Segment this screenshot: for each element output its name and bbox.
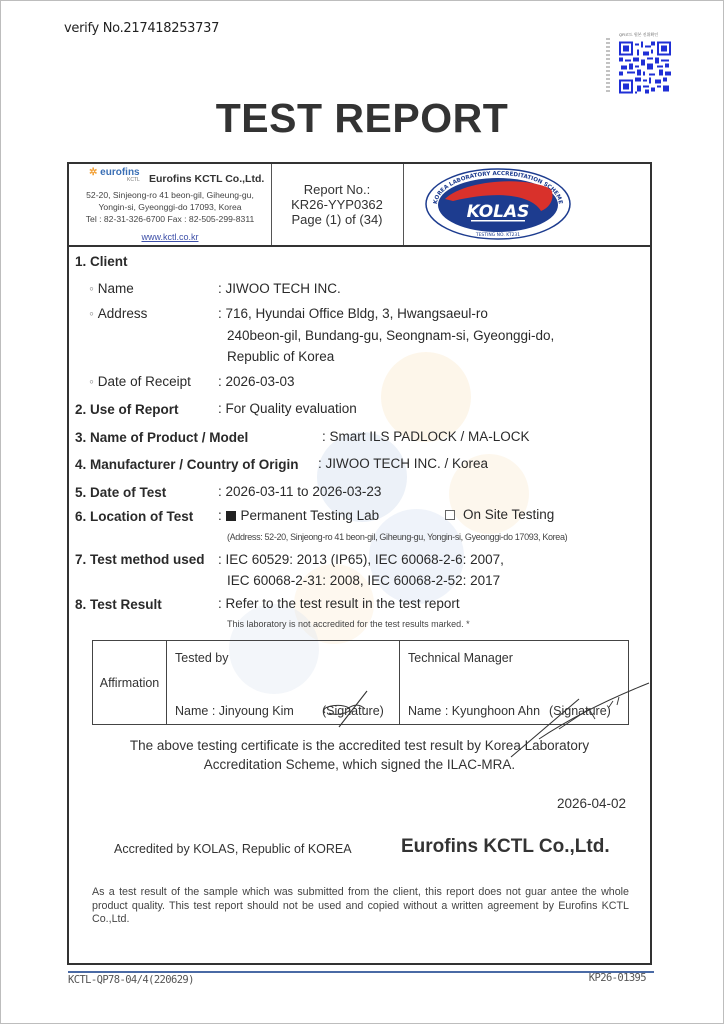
footer-rule (68, 971, 654, 973)
accreditation-statement: The above testing certificate is the acc… (69, 736, 650, 774)
eurofins-logo-icon: ✲ (89, 167, 97, 178)
method-line1: : IEC 60529: 2013 (IP65), IEC 60068-2-6:… (218, 552, 504, 567)
result-note: This laboratory is not accredited for th… (227, 619, 470, 629)
section-result-heading: 8. Test Result (75, 597, 162, 612)
section-method-heading: 7. Test method used (75, 552, 205, 567)
document-title: TEST REPORT (0, 95, 724, 142)
date-of-test-value: : 2026-03-11 to 2026-03-23 (218, 484, 381, 499)
accredited-by: Accredited by KOLAS, Republic of KOREA (114, 842, 352, 856)
report-number-label: Report No.: (271, 182, 403, 197)
client-address-line1: : 716, Hyundai Office Bldg, 3, Hwangsaeu… (218, 306, 488, 321)
receipt-date-value: : 2026-03-03 (218, 374, 295, 389)
location-address-note: (Address: 52-20, Sinjeong-ro 41 beon-gil… (227, 532, 567, 542)
qr-side-text (606, 38, 610, 94)
lab-contact: Tel : 82-31-326-6700 Fax : 82-505-299-83… (69, 213, 271, 225)
lab-address: 52-20, Sinjeong-ro 41 beon-gil, Giheung-… (69, 189, 271, 225)
tested-by-cell: Tested by Name : Jinyoung Kim (Signature… (167, 641, 400, 724)
client-name-label: ◦Name (89, 281, 134, 296)
lab-address-line2: Yongin-si, Gyeonggi-do 17093, Korea (69, 201, 271, 213)
verify-number: verify No.217418253737 (64, 21, 219, 36)
client-address-label: ◦Address (89, 306, 147, 321)
section-date-of-test-heading: 5. Date of Test (75, 485, 166, 500)
serial-number: KP26-01395 (589, 972, 646, 984)
location-colon: : (218, 508, 222, 523)
qr-caption: QR코드 원본 진위확인 (619, 32, 658, 38)
section-manufacturer-heading: 4. Manufacturer / Country of Origin (75, 457, 299, 472)
svg-text:KOLAS: KOLAS (467, 202, 530, 222)
client-address-line3: Republic of Korea (227, 349, 334, 364)
report-number: KR26-YYP0362 (271, 197, 403, 212)
use-of-report-value: : For Quality evaluation (218, 401, 357, 416)
checkbox-permanent-lab[interactable] (226, 511, 236, 521)
statement-line1: The above testing certificate is the acc… (69, 736, 650, 755)
receipt-date-label: ◦Date of Receipt (89, 374, 191, 389)
section-product-heading: 3. Name of Product / Model (75, 430, 248, 445)
kolas-logo-icon: KOREA LABORATORY ACCREDITATION SCHEME KO… (423, 167, 573, 241)
svg-text:TESTING NO. KT231: TESTING NO. KT231 (475, 232, 520, 238)
client-address-line2: 240beon-gil, Bundang-gu, Seongnam-si, Gy… (227, 328, 554, 343)
issue-date: 2026-04-02 (557, 796, 626, 811)
report-frame: ✲ eurofins KCTL Eurofins KCTL Co.,Ltd. 5… (67, 162, 652, 965)
section-use-heading: 2. Use of Report (75, 402, 179, 417)
checkbox-onsite-testing[interactable] (445, 510, 455, 520)
company-signature: Eurofins KCTL Co.,Ltd. (401, 836, 610, 858)
page-indicator: Page (1) of (34) (271, 212, 403, 227)
result-value: : Refer to the test result in the test r… (218, 596, 460, 611)
location-options: : Permanent Testing Lab (218, 508, 379, 523)
tested-by-title: Tested by (175, 651, 229, 665)
report-number-block: Report No.: KR26-YYP0362 Page (1) of (34… (271, 164, 404, 245)
tester-signature-icon (317, 683, 387, 728)
statement-line2: Accreditation Scheme, which signed the I… (69, 755, 650, 774)
lab-info: ✲ eurofins KCTL Eurofins KCTL Co.,Ltd. 5… (69, 164, 272, 245)
lab-address-line1: 52-20, Sinjeong-ro 41 beon-gil, Giheung-… (69, 189, 271, 201)
section-location-heading: 6. Location of Test (75, 509, 193, 524)
kctl-small-logo: KCTL (127, 177, 140, 183)
section-client-heading: 1. Client (75, 254, 128, 269)
kolas-block: KOREA LABORATORY ACCREDITATION SCHEME KO… (404, 164, 650, 245)
option-onsite-label: On Site Testing (463, 507, 554, 522)
qr-code-icon[interactable] (619, 40, 671, 95)
disclaimer: As a test result of the sample which was… (92, 886, 629, 927)
report-header: ✲ eurofins KCTL Eurofins KCTL Co.,Ltd. 5… (69, 164, 650, 247)
affirmation-label: Affirmation (93, 641, 167, 724)
manufacturer-value: : JIWOO TECH INC. / Korea (318, 456, 488, 471)
product-model-value: : Smart ILS PADLOCK / MA-LOCK (322, 429, 530, 444)
form-code: KCTL-QP78-04/4(220629) (68, 974, 194, 986)
lab-website-link[interactable]: www.kctl.co.kr (69, 232, 271, 242)
lab-name: Eurofins KCTL Co.,Ltd. (149, 173, 264, 185)
client-name-value: : JIWOO TECH INC. (218, 281, 341, 296)
onsite-option: On Site Testing (445, 507, 554, 522)
option-permanent-lab-label: Permanent Testing Lab (241, 508, 380, 523)
method-line2: IEC 60068-2-31: 2008, IEC 60068-2-52: 20… (227, 573, 500, 588)
technical-manager-title: Technical Manager (408, 651, 513, 665)
tester-name: Name : Jinyoung Kim (175, 704, 294, 718)
